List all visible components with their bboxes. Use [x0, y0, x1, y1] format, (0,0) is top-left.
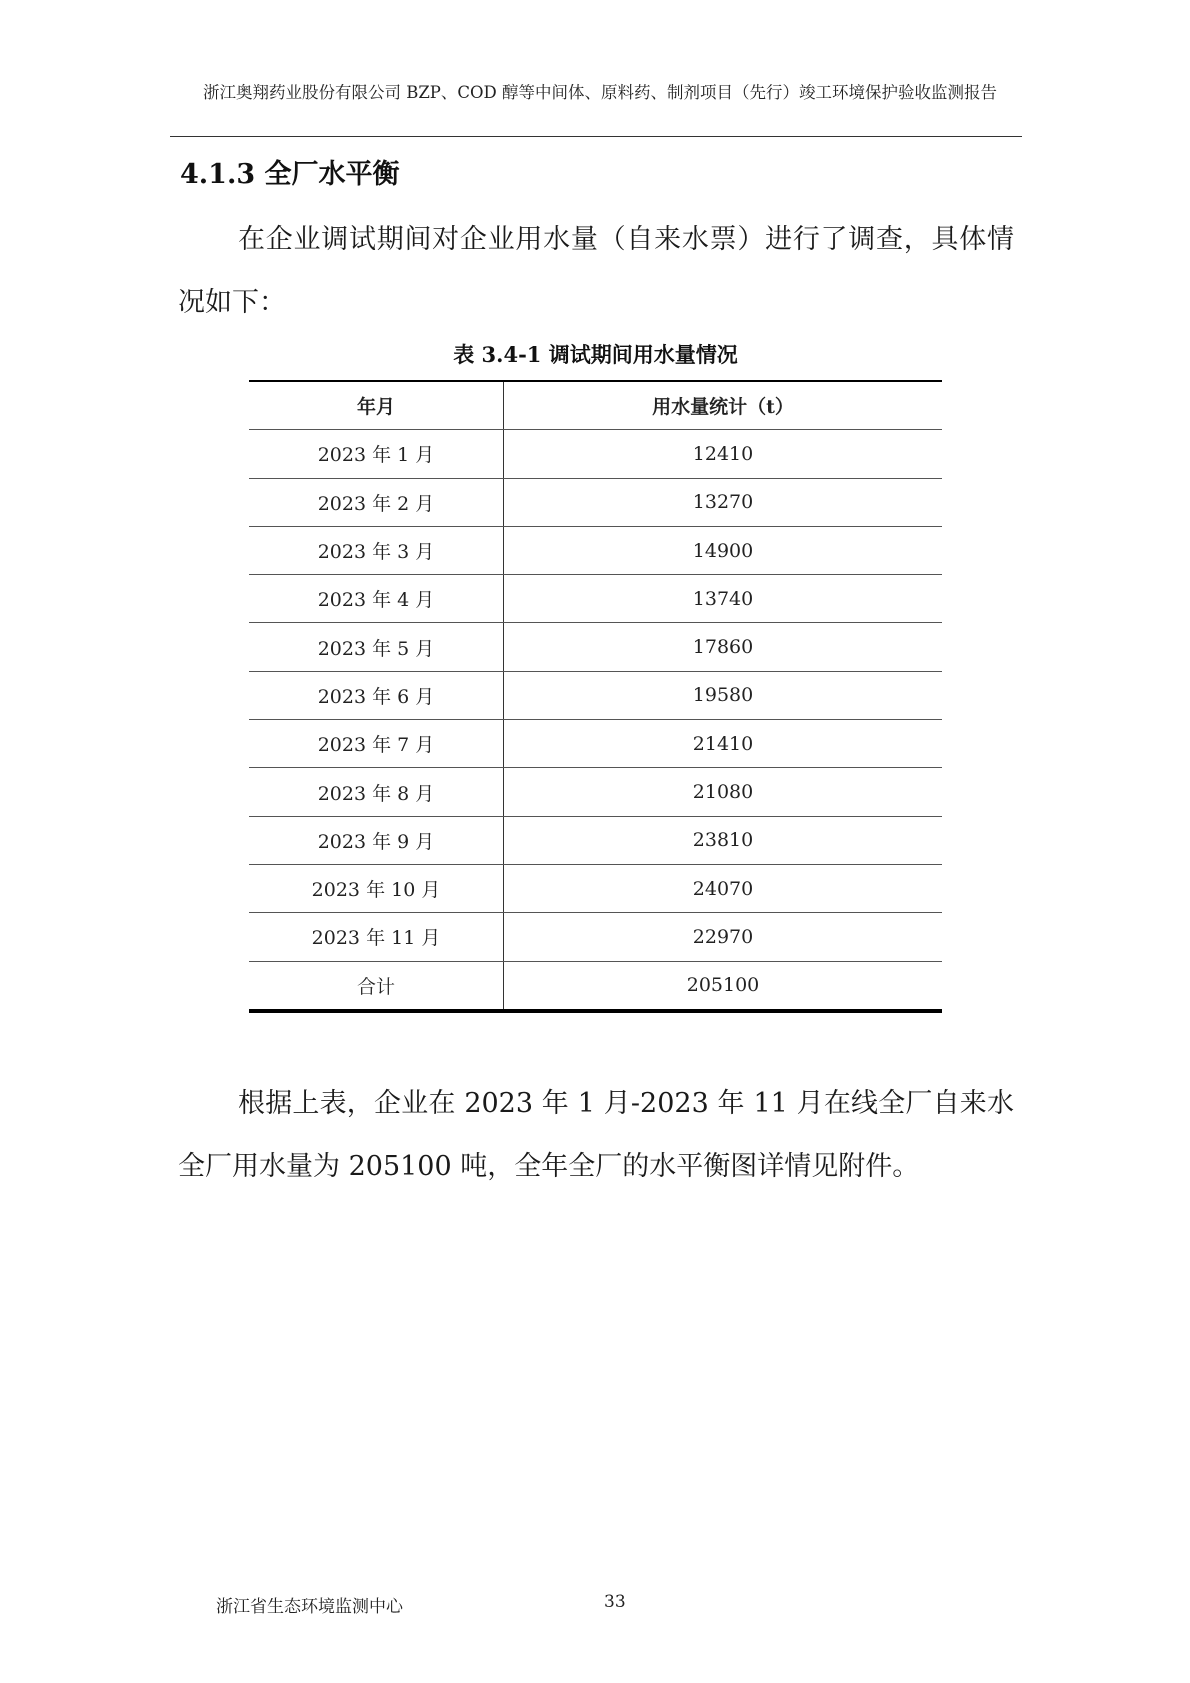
- usage-cell: 23810: [504, 816, 943, 864]
- month-cell: 2023 年 3 月: [249, 526, 504, 574]
- table-row: 2023 年 8 月 21080: [249, 768, 942, 816]
- usage-cell: 21410: [504, 720, 943, 768]
- conclusion-paragraph: 根据上表，企业在 2023 年 1 月-2023 年 11 月在线全厂自来水全厂…: [178, 1072, 1014, 1198]
- usage-cell: 12410: [504, 430, 943, 478]
- table-row: 2023 年 9 月 23810: [249, 816, 942, 864]
- table-row: 2023 年 2 月 13270: [249, 478, 942, 526]
- table-row: 2023 年 3 月 14900: [249, 526, 942, 574]
- table-total-row: 合计 205100: [249, 961, 942, 1011]
- month-cell: 2023 年 5 月: [249, 623, 504, 671]
- section-heading: 4.1.3 全厂水平衡: [180, 157, 400, 193]
- month-cell: 2023 年 6 月: [249, 671, 504, 719]
- usage-cell: 19580: [504, 671, 943, 719]
- table-header-row: 年月 用水量统计（t）: [249, 381, 942, 430]
- table-row: 2023 年 11 月 22970: [249, 913, 942, 961]
- usage-cell: 14900: [504, 526, 943, 574]
- column-header-usage: 用水量统计（t）: [504, 381, 943, 430]
- usage-cell: 13270: [504, 478, 943, 526]
- usage-cell: 21080: [504, 768, 943, 816]
- table-row: 2023 年 4 月 13740: [249, 575, 942, 623]
- month-cell: 2023 年 10 月: [249, 864, 504, 912]
- usage-cell: 17860: [504, 623, 943, 671]
- month-cell: 2023 年 11 月: [249, 913, 504, 961]
- page-number: 33: [604, 1592, 626, 1612]
- month-cell: 2023 年 1 月: [249, 430, 504, 478]
- intro-paragraph: 在企业调试期间对企业用水量（自来水票）进行了调查，具体情况如下：: [178, 208, 1014, 334]
- running-header: 浙江奥翔药业股份有限公司 BZP、COD 醇等中间体、原料药、制剂项目（先行）竣…: [178, 82, 1022, 103]
- month-cell: 2023 年 2 月: [249, 478, 504, 526]
- month-cell: 2023 年 7 月: [249, 720, 504, 768]
- total-usage-cell: 205100: [504, 961, 943, 1011]
- total-label-cell: 合计: [249, 961, 504, 1011]
- table-row: 2023 年 5 月 17860: [249, 623, 942, 671]
- footer-organization: 浙江省生态环境监测中心: [216, 1592, 403, 1617]
- usage-cell: 24070: [504, 864, 943, 912]
- usage-cell: 22970: [504, 913, 943, 961]
- month-cell: 2023 年 9 月: [249, 816, 504, 864]
- table-row: 2023 年 10 月 24070: [249, 864, 942, 912]
- column-header-month: 年月: [249, 381, 504, 430]
- table-row: 2023 年 1 月 12410: [249, 430, 942, 478]
- month-cell: 2023 年 8 月: [249, 768, 504, 816]
- table-caption: 表 3.4-1 调试期间用水量情况: [249, 340, 942, 370]
- month-cell: 2023 年 4 月: [249, 575, 504, 623]
- table-row: 2023 年 6 月 19580: [249, 671, 942, 719]
- usage-cell: 13740: [504, 575, 943, 623]
- header-divider: [170, 136, 1022, 137]
- water-usage-table: 年月 用水量统计（t） 2023 年 1 月 12410 2023 年 2 月 …: [249, 380, 942, 1013]
- table-row: 2023 年 7 月 21410: [249, 720, 942, 768]
